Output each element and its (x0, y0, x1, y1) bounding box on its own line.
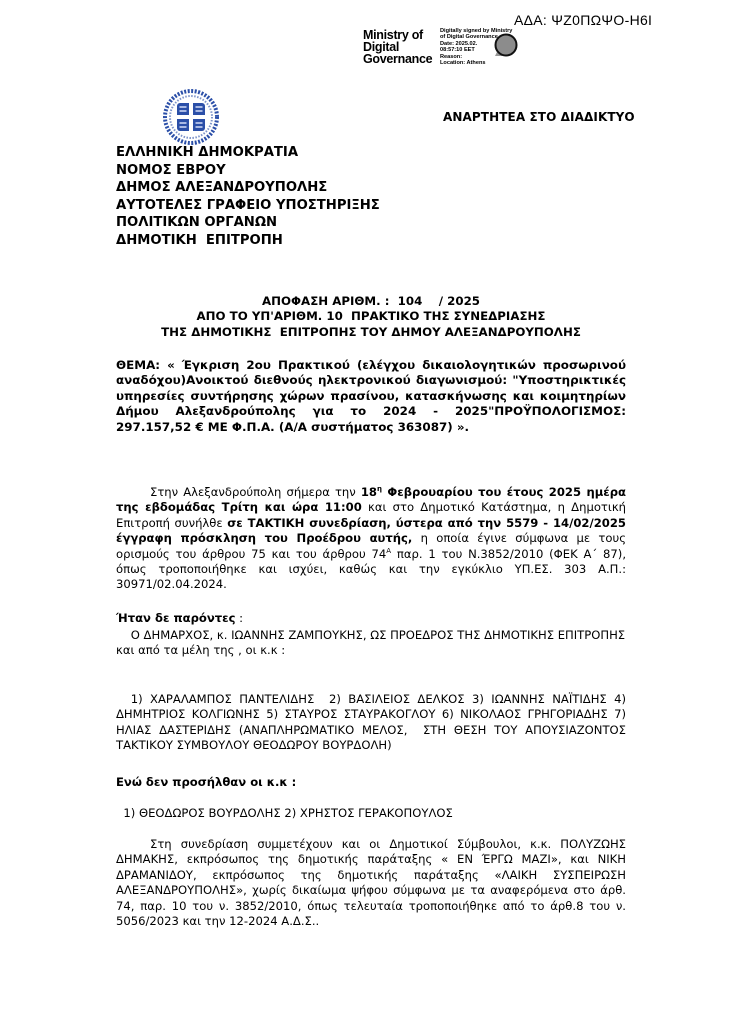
participants-paragraph: Στη συνεδρίαση συμμετέχουν και οι Δημοτι… (116, 837, 626, 929)
authority-line: ΝΟΜΟΣ ΕΒΡΟΥ (116, 162, 380, 180)
mayor-line: Ο ΔΗΜΑΡΧΟΣ, κ. ΙΩΑΝΝΗΣ ΖΑΜΠΟΥΚΗΣ, ΩΣ ΠΡΟ… (116, 628, 626, 643)
present-heading: Ήταν δε παρόντες : (116, 611, 243, 625)
authority-line: ΠΟΛΙΤΙΚΩΝ ΟΡΓΑΝΩΝ (116, 214, 380, 232)
absent-members-list: 1) ΘΕΟΔΩΡΟΣ ΒΟΥΡΔΟΛΗΣ 2) ΧΡΗΣΤΟΣ ΓΕΡΑΚΟΠ… (116, 806, 626, 821)
authority-line: ΔΗΜΟΣ ΑΛΕΞΑΝΔΡΟΥΠΟΛΗΣ (116, 179, 380, 197)
issuing-authority: ΕΛΛΗΝΙΚΗ ΔΗΜΟΚΡΑΤΙΑ ΝΟΜΟΣ ΕΒΡΟΥ ΔΗΜΟΣ ΑΛ… (116, 144, 380, 250)
authority-line: ΔΗΜΟΤΙΚΗ ΕΠΙΤΡΟΠΗ (116, 232, 380, 250)
minutes-reference-line: ΑΠΟ ΤΟ ΥΠ'ΑΡΙΘΜ. 10 ΠΡΑΚΤΙΚΟ ΤΗΣ ΣΥΝΕΔΡΙ… (116, 309, 626, 324)
absent-heading: Ενώ δεν προσήλθαν οι κ.κ : (116, 775, 296, 789)
present-heading-colon: : (235, 611, 243, 625)
participants-text: Στη συνεδρίαση συμμετέχουν και οι Δημοτι… (116, 837, 626, 928)
present-members-list: 1) ΧΑΡΑΛΑΜΠΟΣ ΠΑΝΤΕΛΙΔΗΣ 2) ΒΑΣΙΛΕΙΟΣ ΔΕ… (116, 692, 626, 754)
signature-stamp-icon[interactable] (493, 32, 519, 58)
subject-paragraph: ΘΕΜΑ: « Έγκριση 2ου Πρακτικού (ελέγχου δ… (116, 358, 626, 435)
ada-code: ΑΔΑ: ΨΖ0ΠΩΨΟ-Η6Ι (514, 12, 652, 28)
decision-title: ΑΠΟΦΑΣΗ ΑΡΙΘΜ. : 104 / 2025 ΑΠΟ ΤΟ ΥΠ'ΑΡ… (116, 294, 626, 340)
signature-detail-line: Location: Athens (440, 60, 512, 66)
signature-org-line: Governance (363, 53, 432, 65)
present-body: Ο ΔΗΜΑΡΧΟΣ, κ. ΙΩΑΝΝΗΣ ΖΑΜΠΟΥΚΗΣ, ΩΣ ΠΡΟ… (116, 628, 626, 659)
meeting-intro-paragraph: Στην Αλεξανδρούπολη σήμερα την 18η Φεβρο… (116, 485, 626, 593)
members-intro: και από τα μέλη της , οι κ.κ : (116, 643, 626, 658)
greek-coat-of-arms-icon (163, 89, 219, 145)
authority-line: ΑΥΤΟΤΕΛΕΣ ΓΡΑΦΕΙΟ ΥΠΟΣΤΗΡΙΞΗΣ (116, 197, 380, 215)
signature-organization: Ministry of Digital Governance (363, 29, 432, 65)
present-heading-text: Ήταν δε παρόντες (116, 611, 235, 625)
decision-number-line: ΑΠΟΦΑΣΗ ΑΡΙΘΜ. : 104 / 2025 (116, 294, 626, 309)
authority-line: ΕΛΛΗΝΙΚΗ ΔΗΜΟΚΡΑΤΙΑ (116, 144, 380, 162)
meeting-day: 18 (361, 485, 377, 499)
publish-online-note: ΑΝΑΡΤΗΤΕΑ ΣΤΟ ΔΙΑΔΙΚΤΥΟ (443, 110, 635, 124)
committee-line: ΤΗΣ ΔΗΜΟΤΙΚΗΣ ΕΠΙΤΡΟΠΗΣ ΤΟΥ ΔΗΜΟΥ ΑΛΕΞΑΝ… (116, 325, 626, 340)
intro-text: Στην Αλεξανδρούπολη σήμερα την (150, 485, 361, 499)
